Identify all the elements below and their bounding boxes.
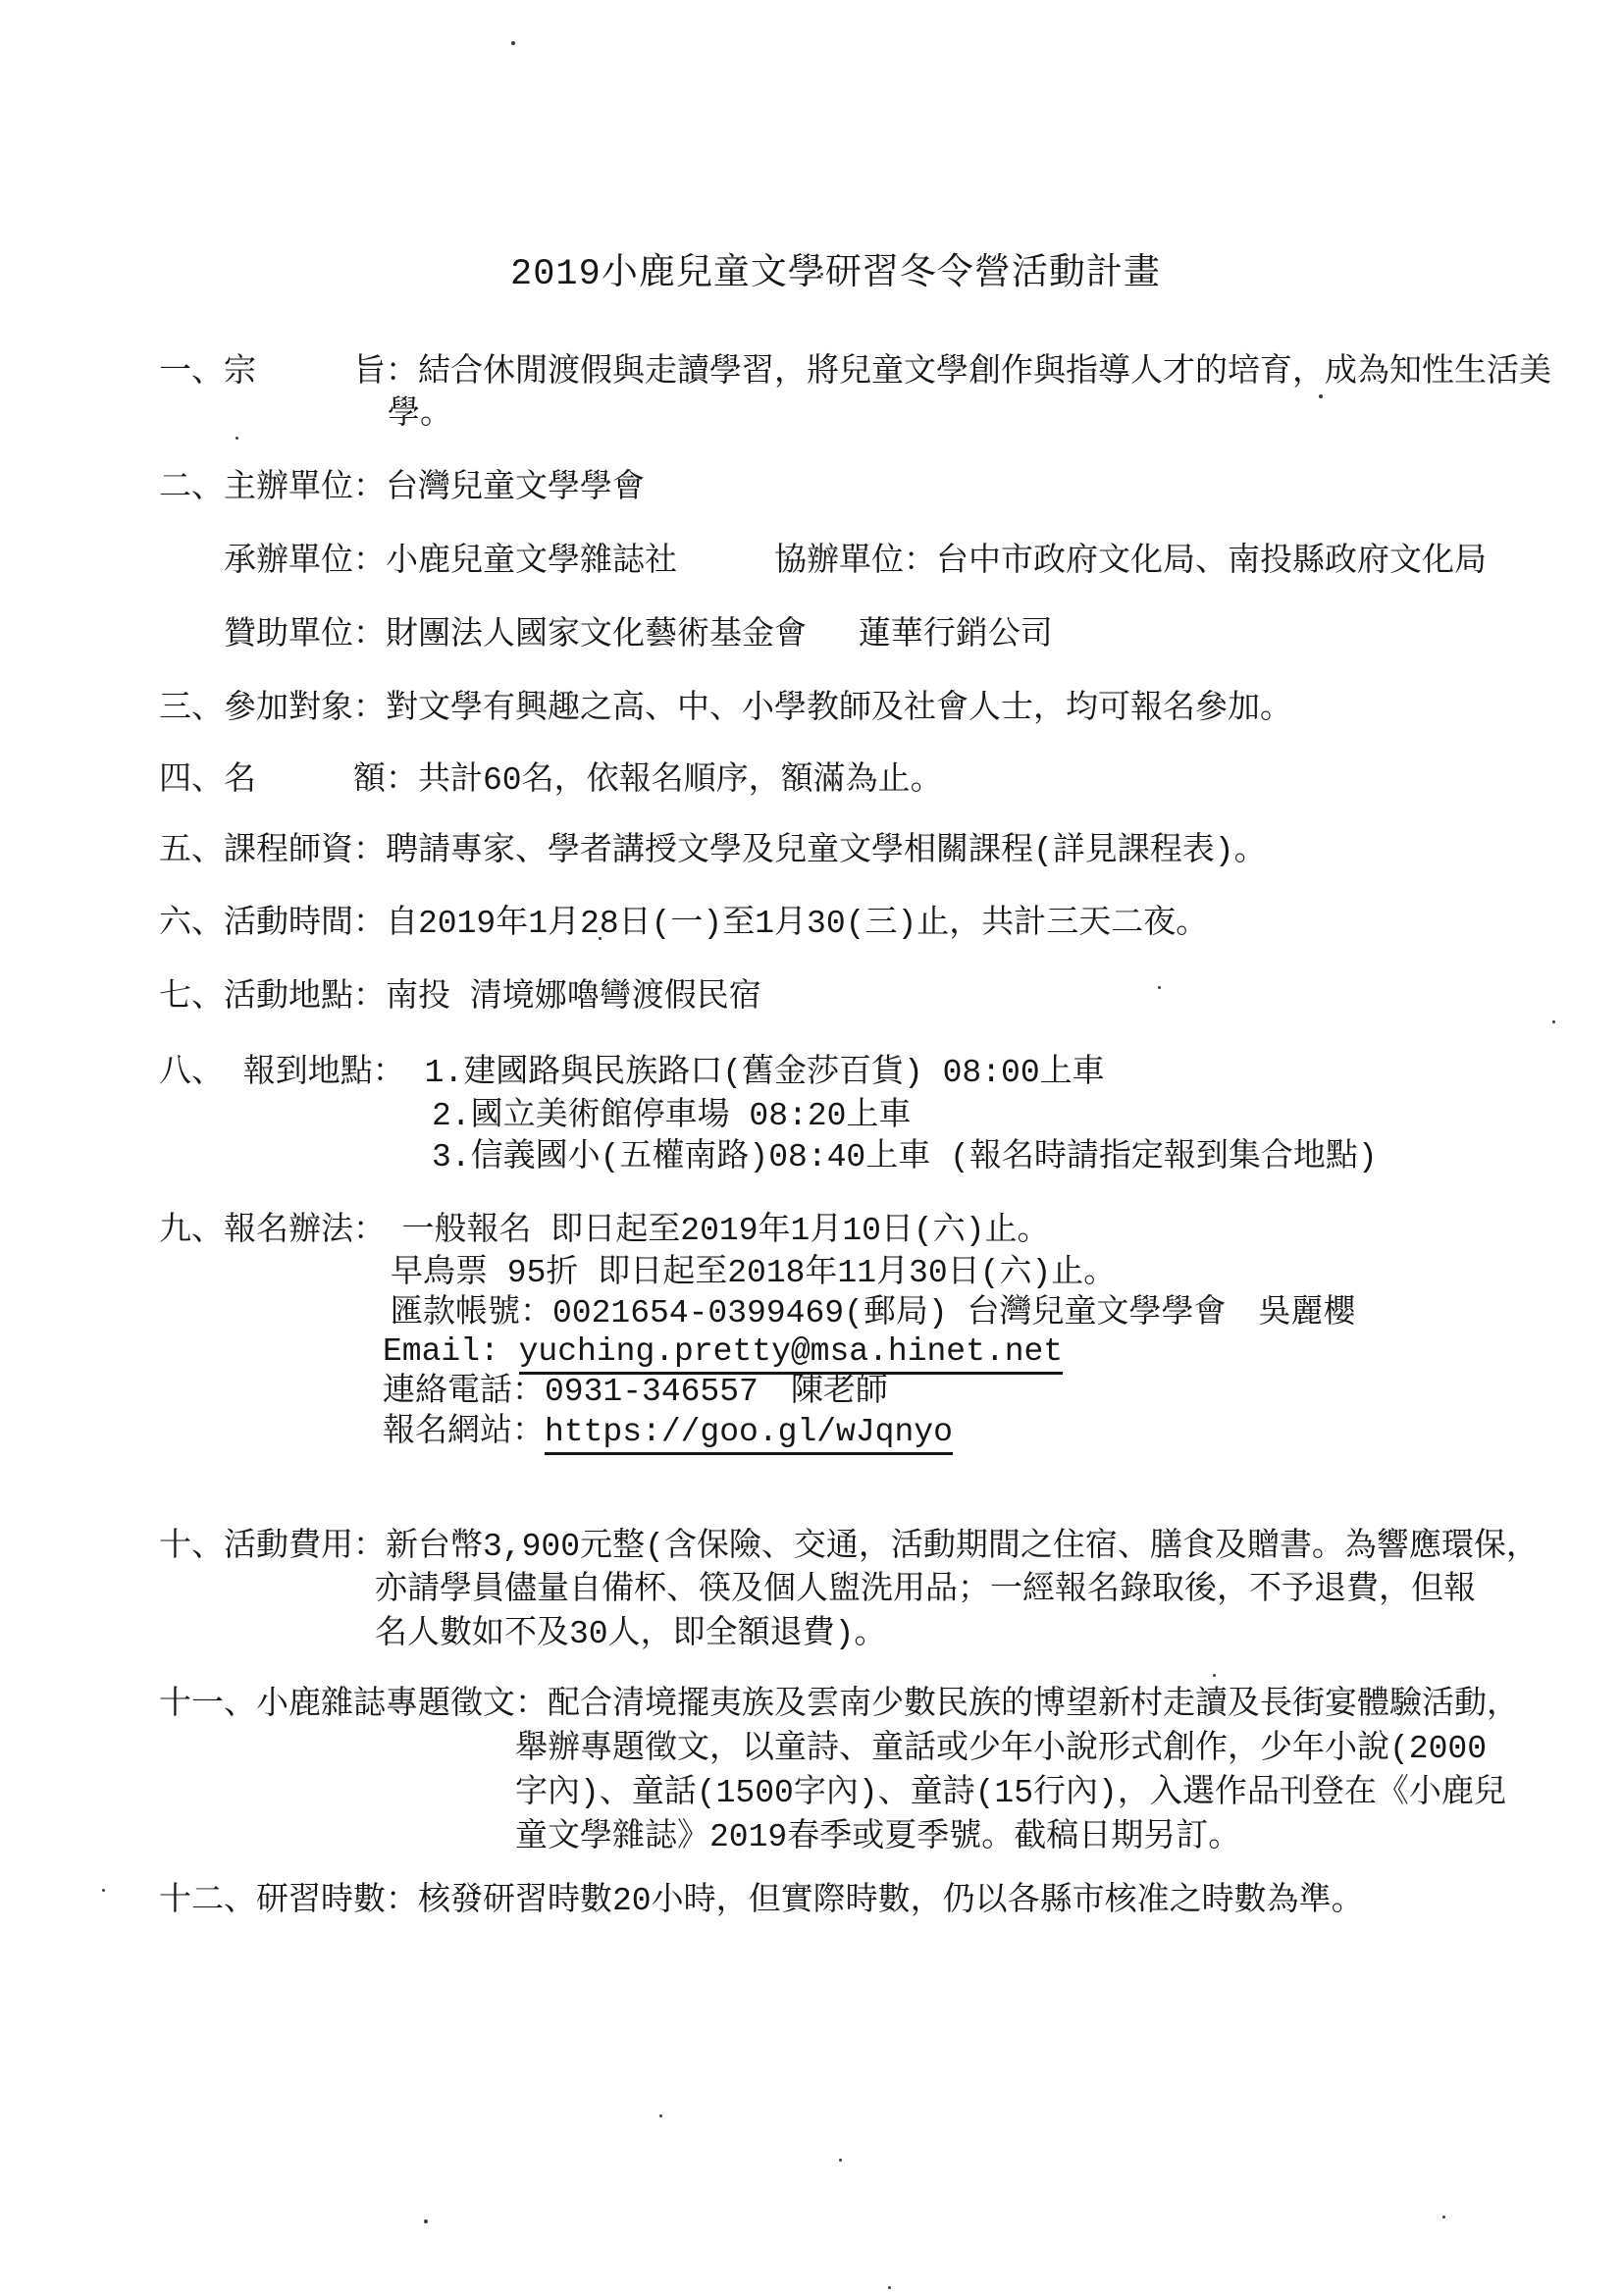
item-9-website-line: 報名網站：https://goo.gl/wJqnyo (383, 1415, 953, 1450)
scan-speck (1442, 2216, 1445, 2218)
scan-speck (659, 2114, 662, 2117)
scanned-document-page: 2019小鹿兒童文學研習冬令營活動計畫 一、宗 旨：結合休閒渡假與走讀學習，將兒… (0, 0, 1623, 2296)
email-label: Email: (383, 1333, 519, 1370)
scan-speck (1213, 1674, 1216, 1677)
item-4-line-1: 四、名 額：共計60名，依報名順序，額滿為止。 (159, 763, 943, 799)
document-title: 2019小鹿兒童文學研習冬令營活動計畫 (510, 255, 1161, 295)
item-2-line-2: 承辦單位：小鹿兒童文學雜誌社 協辦單位：台中市政府文化局、南投縣政府文化局 (224, 545, 1487, 580)
item-10-line-2: 亦請學員儘量自備杯、筷及個人盥洗用品；一經報名錄取後，不予退費，但報 (375, 1573, 1476, 1608)
scan-speck (820, 273, 823, 276)
scan-speck (1158, 986, 1161, 989)
item-9-phone-line: 連絡電話：0931-346557 陳老師 (383, 1375, 888, 1410)
item-1-line-1: 一、宗 旨：結合休閒渡假與走讀學習，將兒童文學創作與指導人才的培育，成為知性生活… (159, 355, 1551, 391)
item-11-line-1: 十一、小鹿雜誌專題徵文：配合清境擺夷族及雲南少數民族的博望新村走讀及長街宴體驗活… (159, 1688, 1519, 1723)
item-9-line-2: 早鳥票 95折 即日起至2018年11月30日(六)止。 (391, 1256, 1116, 1291)
item-5-line-1: 五、課程師資：聘請專家、學者講授文學及兒童文學相關課程(詳見課程表)。 (159, 834, 1267, 869)
scan-speck (1428, 1537, 1432, 1539)
scan-speck (839, 2159, 842, 2162)
item-12-line-1: 十二、研習時數：核發研習時數20小時，但實際時數，仍以各縣市核准之時數為準。 (159, 1884, 1364, 1919)
item-2-line-1: 二、主辦單位：台灣兒童文學學會 (159, 471, 645, 506)
scan-speck (1552, 1020, 1555, 1023)
item-8-line-2: 2.國立美術館停車場 08:20上車 (432, 1099, 911, 1134)
scan-speck (236, 437, 238, 440)
website-link: https://goo.gl/wJqnyo (545, 1414, 953, 1455)
scan-speck (102, 1889, 105, 1892)
item-9-line-3: 匯款帳號：0021654-0399469(郵局) 台灣兒童文學學會 吳麗櫻 (391, 1296, 1355, 1331)
item-11-line-2: 舉辦專題徵文，以童詩、童話或少年小說形式創作，少年小說(2000 (515, 1732, 1487, 1767)
scan-speck (511, 41, 515, 45)
item-7-line-1: 七、活動地點：南投 清境娜嚕彎渡假民宿 (159, 980, 761, 1016)
item-2-line-3: 贊助單位：財團法人國家文化藝術基金會 蓮華行銷公司 (224, 618, 1053, 653)
item-9-email-line: Email: yuching.pretty@msa.hinet.net (383, 1334, 1063, 1370)
item-11-line-3: 字內)、童話(1500字內)、童詩(15行內)，入選作品刊登在《小鹿兒 (515, 1776, 1506, 1811)
item-11-line-4: 童文學雜誌》2019春季或夏季號。截稿日期另訂。 (515, 1820, 1240, 1855)
item-6-line-1: 六、活動時間：自2019年1月28日(一)至1月30(三)止，共計三天二夜。 (159, 907, 1208, 942)
item-9-line-1: 九、報名辦法： 一般報名 即日起至2019年1月10日(六)止。 (159, 1214, 1050, 1249)
item-8-line-1: 八、 報到地點： 1.建國路與民族路口(舊金莎百貨) 08:00上車 (159, 1056, 1105, 1091)
scan-speck (1319, 394, 1323, 398)
item-10-line-1: 十、活動費用：新台幣3,900元整(含保險、交通，活動期間之住宿、膳食及贈書。為… (159, 1530, 1539, 1565)
item-10-line-3: 名人數如不及30人，即全額退費)。 (375, 1617, 886, 1652)
email-link: yuching.pretty@msa.hinet.net (519, 1333, 1064, 1375)
scan-speck (599, 937, 602, 940)
item-8-line-3: 3.信義國小(五權南路)08:40上車 (報名時請指定報到集合地點) (432, 1140, 1378, 1175)
scan-speck (424, 2219, 428, 2223)
scan-speck (1477, 1540, 1480, 1543)
item-3-line-1: 三、參加對象：對文學有興趣之高、中、小學教師及社會人士，均可報名參加。 (159, 692, 1292, 727)
scan-speck (888, 2286, 891, 2289)
website-label: 報名網站： (383, 1414, 545, 1450)
item-1-line-2: 學。 (388, 397, 452, 433)
